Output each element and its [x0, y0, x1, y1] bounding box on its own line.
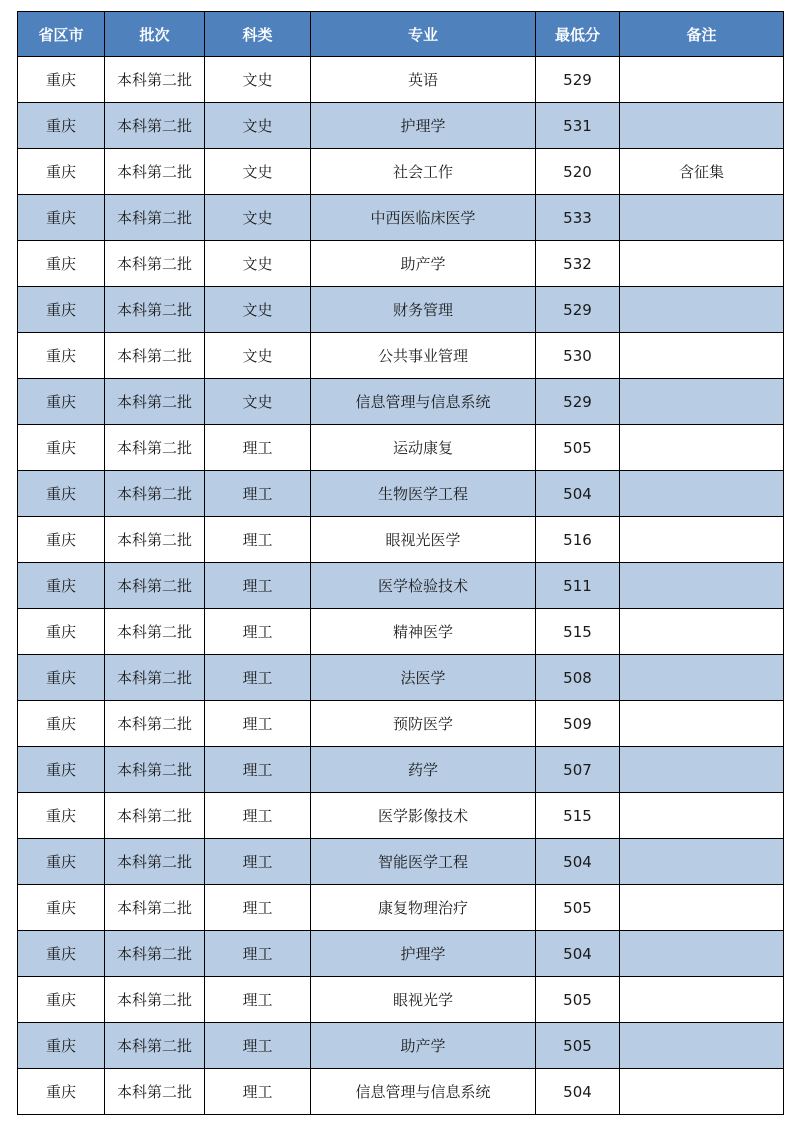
table-row: 重庆本科第二批理工医学检验技术511: [18, 563, 784, 609]
cell-major: 医学检验技术: [311, 563, 536, 609]
cell-batch: 本科第二批: [105, 517, 205, 563]
cell-min-score: 533: [536, 195, 620, 241]
cell-major: 精神医学: [311, 609, 536, 655]
cell-min-score: 507: [536, 747, 620, 793]
table-row: 重庆本科第二批文史社会工作520含征集: [18, 149, 784, 195]
cell-batch: 本科第二批: [105, 701, 205, 747]
cell-min-score: 508: [536, 655, 620, 701]
cell-province: 重庆: [18, 1069, 105, 1115]
cell-province: 重庆: [18, 471, 105, 517]
table-row: 重庆本科第二批文史助产学532: [18, 241, 784, 287]
cell-province: 重庆: [18, 931, 105, 977]
cell-major: 英语: [311, 57, 536, 103]
cell-subject-type: 理工: [205, 747, 311, 793]
table-row: 重庆本科第二批理工生物医学工程504: [18, 471, 784, 517]
cell-subject-type: 理工: [205, 425, 311, 471]
cell-note: [620, 1069, 784, 1115]
cell-min-score: 530: [536, 333, 620, 379]
header-subject-type: 科类: [205, 12, 311, 57]
cell-note: [620, 333, 784, 379]
cell-batch: 本科第二批: [105, 287, 205, 333]
header-min-score: 最低分: [536, 12, 620, 57]
cell-min-score: 504: [536, 1069, 620, 1115]
cell-subject-type: 理工: [205, 885, 311, 931]
cell-subject-type: 理工: [205, 655, 311, 701]
table-row: 重庆本科第二批文史英语529: [18, 57, 784, 103]
cell-subject-type: 理工: [205, 563, 311, 609]
table-row: 重庆本科第二批理工医学影像技术515: [18, 793, 784, 839]
cell-major: 康复物理治疗: [311, 885, 536, 931]
cell-batch: 本科第二批: [105, 609, 205, 655]
cell-subject-type: 理工: [205, 839, 311, 885]
cell-major: 信息管理与信息系统: [311, 379, 536, 425]
cell-note: [620, 609, 784, 655]
cell-batch: 本科第二批: [105, 747, 205, 793]
table-row: 重庆本科第二批理工信息管理与信息系统504: [18, 1069, 784, 1115]
cell-province: 重庆: [18, 333, 105, 379]
table-row: 重庆本科第二批文史公共事业管理530: [18, 333, 784, 379]
cell-major: 护理学: [311, 931, 536, 977]
table-row: 重庆本科第二批理工药学507: [18, 747, 784, 793]
cell-note: [620, 425, 784, 471]
cell-province: 重庆: [18, 1023, 105, 1069]
cell-batch: 本科第二批: [105, 241, 205, 287]
cell-province: 重庆: [18, 517, 105, 563]
cell-major: 药学: [311, 747, 536, 793]
cell-min-score: 509: [536, 701, 620, 747]
cell-batch: 本科第二批: [105, 333, 205, 379]
cell-batch: 本科第二批: [105, 425, 205, 471]
cell-province: 重庆: [18, 379, 105, 425]
cell-major: 运动康复: [311, 425, 536, 471]
header-batch: 批次: [105, 12, 205, 57]
cell-min-score: 515: [536, 609, 620, 655]
cell-major: 生物医学工程: [311, 471, 536, 517]
cell-major: 中西医临床医学: [311, 195, 536, 241]
table-body: 重庆本科第二批文史英语529重庆本科第二批文史护理学531重庆本科第二批文史社会…: [18, 57, 784, 1115]
cell-min-score: 532: [536, 241, 620, 287]
cell-subject-type: 理工: [205, 471, 311, 517]
cell-min-score: 504: [536, 931, 620, 977]
cell-note: [620, 885, 784, 931]
cell-min-score: 529: [536, 287, 620, 333]
cell-note: [620, 931, 784, 977]
cell-note: [620, 471, 784, 517]
cell-major: 助产学: [311, 241, 536, 287]
cell-subject-type: 文史: [205, 103, 311, 149]
cell-note: [620, 839, 784, 885]
cell-subject-type: 理工: [205, 1069, 311, 1115]
cell-subject-type: 文史: [205, 57, 311, 103]
cell-batch: 本科第二批: [105, 839, 205, 885]
table-row: 重庆本科第二批理工法医学508: [18, 655, 784, 701]
cell-province: 重庆: [18, 425, 105, 471]
cell-subject-type: 理工: [205, 609, 311, 655]
cell-major: 助产学: [311, 1023, 536, 1069]
cell-batch: 本科第二批: [105, 149, 205, 195]
cell-note: [620, 747, 784, 793]
cell-min-score: 505: [536, 885, 620, 931]
cell-subject-type: 理工: [205, 1023, 311, 1069]
cell-major: 社会工作: [311, 149, 536, 195]
cell-note: [620, 241, 784, 287]
cell-min-score: 529: [536, 379, 620, 425]
cell-province: 重庆: [18, 103, 105, 149]
cell-major: 预防医学: [311, 701, 536, 747]
cell-min-score: 516: [536, 517, 620, 563]
cell-min-score: 515: [536, 793, 620, 839]
cell-province: 重庆: [18, 793, 105, 839]
cell-province: 重庆: [18, 149, 105, 195]
cell-province: 重庆: [18, 885, 105, 931]
cell-batch: 本科第二批: [105, 195, 205, 241]
cell-note: [620, 195, 784, 241]
cell-min-score: 504: [536, 839, 620, 885]
cell-note: [620, 517, 784, 563]
cell-province: 重庆: [18, 701, 105, 747]
cell-note: [620, 793, 784, 839]
cell-note: 含征集: [620, 149, 784, 195]
table-row: 重庆本科第二批文史财务管理529: [18, 287, 784, 333]
table-row: 重庆本科第二批理工眼视光医学516: [18, 517, 784, 563]
cell-province: 重庆: [18, 287, 105, 333]
cell-subject-type: 理工: [205, 517, 311, 563]
cell-subject-type: 文史: [205, 333, 311, 379]
table-row: 重庆本科第二批理工康复物理治疗505: [18, 885, 784, 931]
cell-province: 重庆: [18, 241, 105, 287]
table-row: 重庆本科第二批文史护理学531: [18, 103, 784, 149]
cell-subject-type: 理工: [205, 701, 311, 747]
cell-major: 法医学: [311, 655, 536, 701]
cell-note: [620, 379, 784, 425]
table-row: 重庆本科第二批理工眼视光学505: [18, 977, 784, 1023]
cell-major: 公共事业管理: [311, 333, 536, 379]
cell-subject-type: 理工: [205, 977, 311, 1023]
table-row: 重庆本科第二批理工护理学504: [18, 931, 784, 977]
cell-major: 信息管理与信息系统: [311, 1069, 536, 1115]
cell-province: 重庆: [18, 747, 105, 793]
cell-note: [620, 701, 784, 747]
cell-note: [620, 563, 784, 609]
cell-major: 眼视光学: [311, 977, 536, 1023]
cell-subject-type: 文史: [205, 195, 311, 241]
cell-batch: 本科第二批: [105, 103, 205, 149]
cell-note: [620, 977, 784, 1023]
table-row: 重庆本科第二批理工助产学505: [18, 1023, 784, 1069]
cell-note: [620, 287, 784, 333]
cell-province: 重庆: [18, 57, 105, 103]
header-row: 省区市 批次 科类 专业 最低分 备注: [18, 12, 784, 57]
cell-batch: 本科第二批: [105, 931, 205, 977]
cell-province: 重庆: [18, 655, 105, 701]
cell-major: 护理学: [311, 103, 536, 149]
cell-major: 财务管理: [311, 287, 536, 333]
cell-batch: 本科第二批: [105, 1023, 205, 1069]
cell-min-score: 520: [536, 149, 620, 195]
cell-note: [620, 57, 784, 103]
cell-batch: 本科第二批: [105, 1069, 205, 1115]
table-row: 重庆本科第二批文史信息管理与信息系统529: [18, 379, 784, 425]
cell-province: 重庆: [18, 563, 105, 609]
cell-batch: 本科第二批: [105, 885, 205, 931]
cell-min-score: 529: [536, 57, 620, 103]
header-note: 备注: [620, 12, 784, 57]
cell-subject-type: 文史: [205, 379, 311, 425]
header-province: 省区市: [18, 12, 105, 57]
cell-subject-type: 文史: [205, 149, 311, 195]
cell-province: 重庆: [18, 195, 105, 241]
table-row: 重庆本科第二批理工预防医学509: [18, 701, 784, 747]
header-major: 专业: [311, 12, 536, 57]
cell-batch: 本科第二批: [105, 563, 205, 609]
cell-major: 医学影像技术: [311, 793, 536, 839]
cell-subject-type: 文史: [205, 241, 311, 287]
table-header: 省区市 批次 科类 专业 最低分 备注: [18, 12, 784, 57]
cell-batch: 本科第二批: [105, 655, 205, 701]
cell-major: 智能医学工程: [311, 839, 536, 885]
table-row: 重庆本科第二批理工运动康复505: [18, 425, 784, 471]
cell-subject-type: 理工: [205, 793, 311, 839]
cell-batch: 本科第二批: [105, 793, 205, 839]
table-row: 重庆本科第二批理工精神医学515: [18, 609, 784, 655]
cell-note: [620, 1023, 784, 1069]
cell-min-score: 504: [536, 471, 620, 517]
cell-min-score: 505: [536, 977, 620, 1023]
cell-batch: 本科第二批: [105, 379, 205, 425]
cell-min-score: 511: [536, 563, 620, 609]
cell-major: 眼视光医学: [311, 517, 536, 563]
cell-province: 重庆: [18, 977, 105, 1023]
cell-min-score: 531: [536, 103, 620, 149]
cell-min-score: 505: [536, 425, 620, 471]
cell-subject-type: 文史: [205, 287, 311, 333]
cell-batch: 本科第二批: [105, 57, 205, 103]
cell-province: 重庆: [18, 609, 105, 655]
cell-note: [620, 103, 784, 149]
cell-batch: 本科第二批: [105, 471, 205, 517]
cell-subject-type: 理工: [205, 931, 311, 977]
table-row: 重庆本科第二批理工智能医学工程504: [18, 839, 784, 885]
cell-province: 重庆: [18, 839, 105, 885]
admission-scores-table: 省区市 批次 科类 专业 最低分 备注 重庆本科第二批文史英语529重庆本科第二…: [17, 11, 784, 1115]
cell-batch: 本科第二批: [105, 977, 205, 1023]
table-row: 重庆本科第二批文史中西医临床医学533: [18, 195, 784, 241]
cell-note: [620, 655, 784, 701]
cell-min-score: 505: [536, 1023, 620, 1069]
